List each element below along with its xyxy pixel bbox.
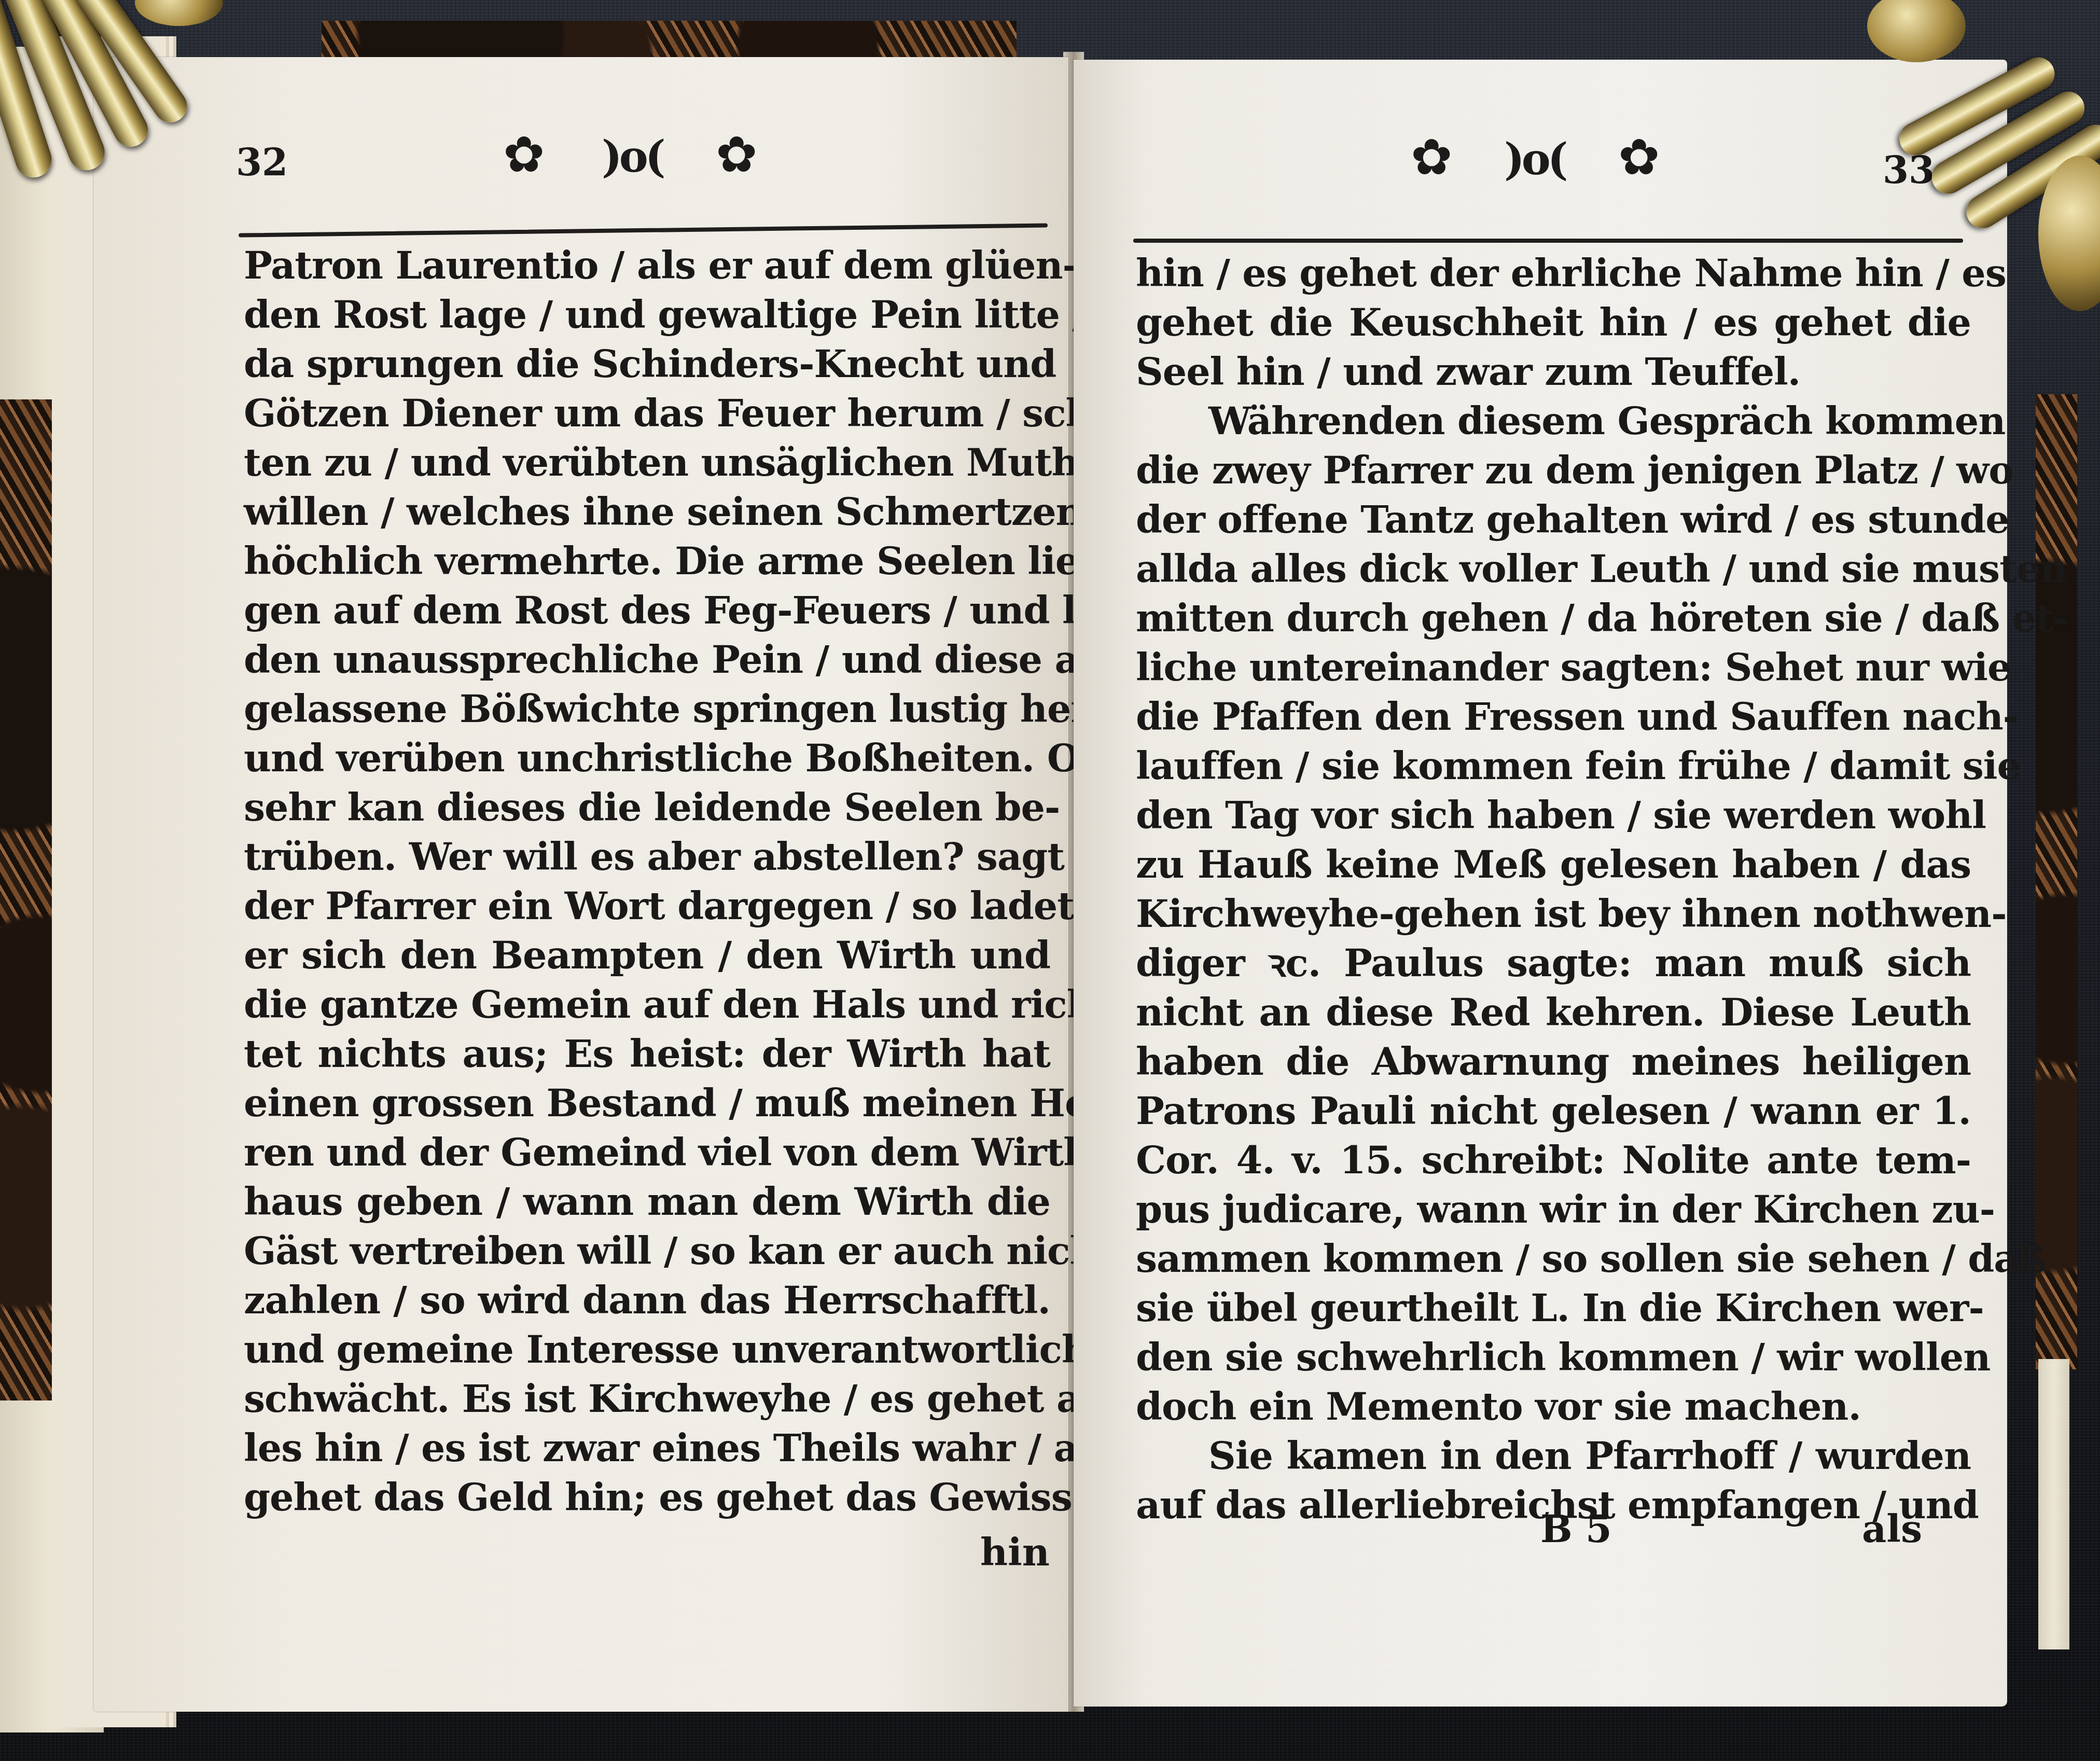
marbled-cover-top [322,21,1017,62]
text-line: sammen kommen / so sollen sie sehen / da… [1136,1235,1971,1284]
paragraph-start: Währenden diesem Gespräch kommen [1136,397,1971,446]
paragraph-start: Sie kamen in den Pfarrhoff / wurden [1136,1432,1971,1481]
text-line: er sich den Beampten / den Wirth und [244,931,1050,980]
text-line: gehet die Keuschheit hin / es gehet die [1136,298,1971,348]
text-line: gen auf dem Rost des Feg-Feuers / und le… [244,586,1050,635]
right-page: ✿ )o( ✿ 33 hin / es gehet der ehrliche N… [1074,60,2007,1707]
marbled-cover-right [2036,394,2077,1369]
text-line: haus geben / wann man dem Wirth die [244,1177,1050,1227]
text-line: tet nichts aus; Es heist: der Wirth hat [244,1030,1050,1079]
header-rule [239,223,1048,237]
text-line: allda alles dick voller Leuth / und sie … [1136,545,1971,594]
text-line: gehet das Geld hin; es gehet das Gewisse… [244,1473,1050,1522]
text-line: höchlich vermehrte. Die arme Seelen lie- [244,537,1050,586]
text-line: les hin / es ist zwar eines Theils wahr … [244,1424,1050,1473]
text-line: und verüben unchristliche Boßheiten. O w… [244,734,1050,783]
text-line: gelassene Bößwichte springen lustig heru… [244,685,1050,734]
page-number: 33 [1883,148,1935,192]
left-page-header: 32 ✿ )o( ✿ [93,135,1068,207]
text-line: liche untereinander sagten: Sehet nur wi… [1136,643,1971,692]
bracket-ornament: )o( [1504,137,1565,181]
text-line: Gäst vertreiben will / so kan er auch ni… [244,1227,1050,1276]
text-line: den Rost lage / und gewaltige Pein litte… [244,290,1050,340]
text-line: da sprungen die Schinders-Knecht und [244,340,1050,389]
text-line: nicht an diese Red kehren. Diese Leuth [1136,988,1971,1037]
text-line: sehr kan dieses die leidende Seelen be- [244,783,1050,833]
text-line: willen / welches ihne seinen Schmertzen [244,488,1050,537]
text-line: der offene Tantz gehalten wird / es stun… [1136,495,1971,545]
text-line: ren und der Gemeind viel von dem Wirths- [244,1128,1050,1177]
left-page: 32 ✿ )o( ✿ Patron Laurentio / als er auf… [93,57,1068,1712]
text-line: einen grossen Bestand / muß meinen Her- [244,1079,1050,1128]
text-line: und gemeine Interesse unverantwortlich g… [244,1325,1050,1375]
vellum-corner-right [2038,1359,2069,1649]
right-page-header: ✿ )o( ✿ 33 [1074,137,2007,210]
text-line: Kirchweyhe-gehen ist bey ihnen nothwen- [1136,890,1971,939]
catchword: als [1862,1507,1922,1551]
text-line: Patron Laurentio / als er auf dem glüen- [244,241,1050,290]
flower-ornament-icon: ✿ [503,130,545,179]
left-page-text: Patron Laurentio / als er auf dem glüen-… [244,241,1050,1522]
text-line: die zwey Pfarrer zu dem jenigen Platz / … [1136,446,1971,495]
marbled-cover-left [0,394,57,1411]
text-line: Cor. 4. v. 15. schreibt: Nolite ante tem… [1136,1136,1971,1185]
flower-ornament-icon: ✿ [716,130,757,179]
text-line: der Pfarrer ein Wort dargegen / so ladet [244,882,1050,931]
text-line: Patrons Pauli nicht gelesen / wann er 1. [1136,1087,1971,1136]
text-line: zu Hauß keine Meß gelesen haben / das [1136,840,1971,890]
text-line: sie übel geurtheilt L. In die Kirchen we… [1136,1284,1971,1333]
signature-mark: B 5 [1540,1507,1612,1551]
text-line: zahlen / so wird dann das Herrschafftl. [244,1276,1050,1325]
text-line: den Tag vor sich haben / sie werden wohl [1136,791,1971,840]
text-line: trüben. Wer will es aber abstellen? sagt [244,833,1050,882]
header-rule [1133,239,1963,243]
text-line: Seel hin / und zwar zum Teuffel. [1136,348,1971,397]
catchword: hin [980,1530,1050,1575]
flower-ornament-icon: ✿ [1411,132,1452,182]
flower-ornament-icon: ✿ [1618,132,1660,182]
text-line: Götzen Diener um das Feuer herum / schür… [244,389,1050,438]
text-line: lauffen / sie kommen fein frühe / damit … [1136,742,1971,791]
text-line: den sie schwehrlich kommen / wir wollen [1136,1333,1971,1382]
text-line: haben die Abwarnung meines heiligen [1136,1037,1971,1087]
text-line: den unaussprechliche Pein / und diese au… [244,635,1050,685]
text-line: die gantze Gemein auf den Hals und rich- [244,980,1050,1030]
page-number: 32 [236,140,288,184]
text-line: schwächt. Es ist Kirchweyhe / es gehet a… [244,1375,1050,1424]
bracket-ornament: )o( [602,135,663,178]
text-line: pus judicare, wann wir in der Kirchen zu… [1136,1185,1971,1235]
text-line: doch ein Memento vor sie machen. [1136,1382,1971,1432]
text-line: die Pfaffen den Fressen und Sauffen nach… [1136,692,1971,742]
text-line: hin / es gehet der ehrliche Nahme hin / … [1136,249,1971,298]
text-line: diger ꝛc. Paulus sagte: man muß sich [1136,939,1971,988]
right-page-text: hin / es gehet der ehrliche Nahme hin / … [1136,249,1971,1530]
text-line: mitten durch gehen / da höreten sie / da… [1136,594,1971,643]
text-line: ten zu / und verübten unsäglichen Muth- [244,438,1050,488]
